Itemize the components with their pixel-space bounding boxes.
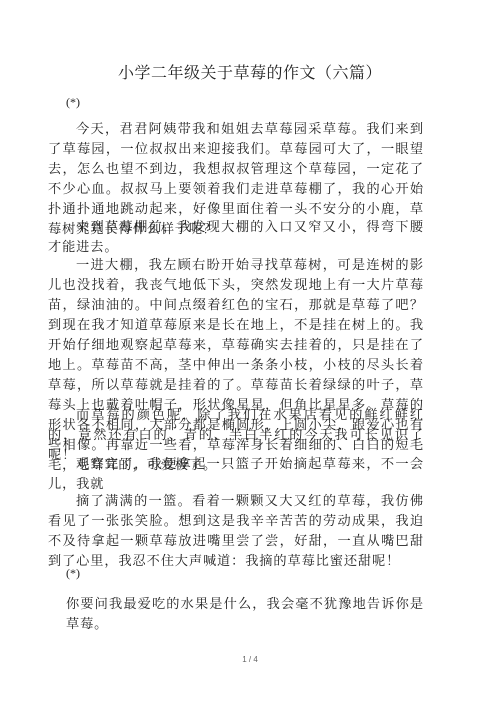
- section-marker: (*): [66, 566, 80, 581]
- document-page: 小学二年级关于草莓的作文（六篇） (*) 今天，君君阿姨带我和姐姐去草莓园采草莓…: [0, 0, 500, 707]
- page-indicator: 1 / 4: [0, 655, 500, 664]
- paragraph: 摘了满满的一篮。看着一颗颗又大又红的草莓，我仿佛看见了一张张笑脸。想到这是我辛辛…: [48, 492, 424, 572]
- paragraph: 你要问我最爱吃的水果是什么，我会毫不犹豫地告诉你是草莓。: [66, 595, 424, 635]
- document-title: 小学二年级关于草莓的作文（六篇）: [0, 60, 500, 83]
- section-marker: (*): [66, 95, 80, 110]
- paragraph: 来到草莓棚前，我发现大棚的入口又窄又小，得弯下腰才能进去。: [48, 218, 424, 258]
- paragraph: 观察完了，我便拿起一只篮子开始摘起草莓来，不一会儿，我就: [48, 455, 424, 495]
